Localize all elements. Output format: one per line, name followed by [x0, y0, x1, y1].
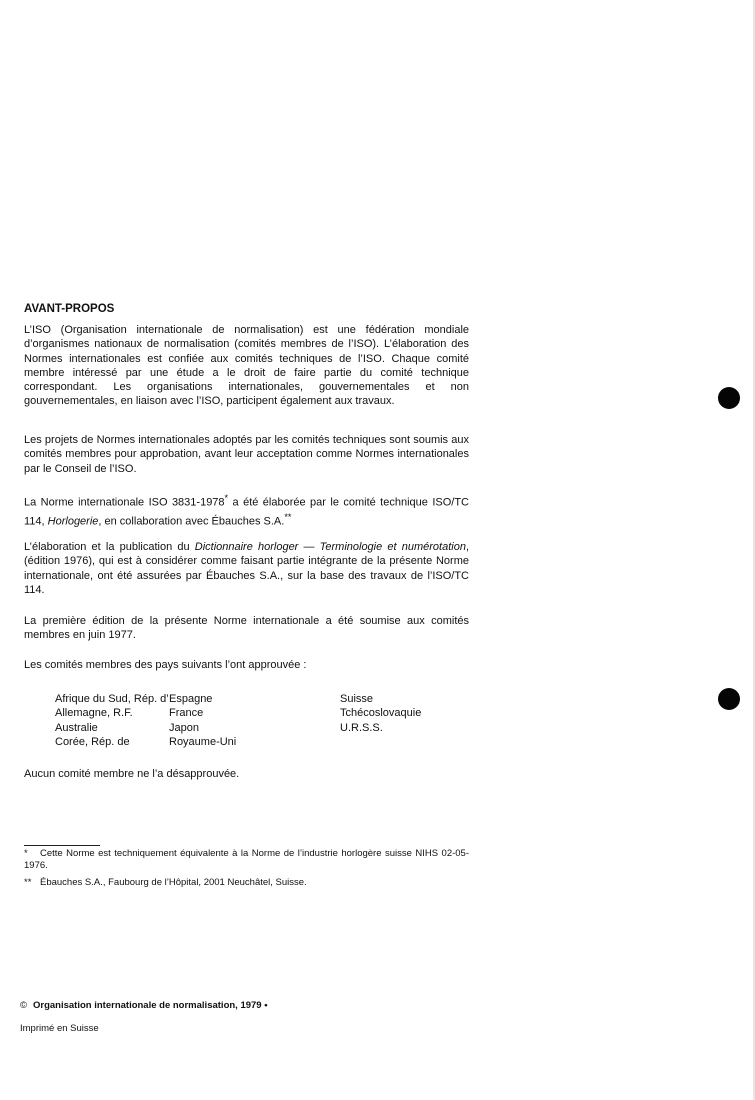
paragraph-2: Les projets de Normes internationales ad… — [24, 433, 469, 476]
footnote-mark: ** — [24, 877, 40, 889]
footnote-2: **Ébauches S.A., Faubourg de l’Hôpital, … — [24, 877, 469, 889]
country: Corée, Rép. de — [55, 735, 169, 749]
p3-text-a: La Norme internationale ISO 3831-1978 — [24, 497, 225, 509]
paragraph-3: La Norme internationale ISO 3831-1978* a… — [24, 491, 469, 529]
country: Royaume-Uni — [169, 735, 340, 749]
copyright-notice: ©Organisation internationale de normalis… — [20, 1000, 268, 1011]
country: Japon — [169, 721, 340, 735]
p4-text-a: L’élaboration et la publication du — [24, 541, 195, 553]
country: Espagne — [169, 692, 340, 706]
country-column-2: Espagne France Japon Royaume-Uni — [169, 692, 340, 749]
p4-italic: Dictionnaire horloger — Terminologie et … — [195, 541, 466, 553]
paragraph-2-text: Les projets de Normes internationales ad… — [24, 433, 469, 476]
printed-in: Imprimé en Suisse — [20, 1023, 99, 1034]
country: U.R.S.S. — [340, 721, 490, 735]
paragraph-5-text: La première édition de la présente Norme… — [24, 614, 469, 643]
footnote-1: *Cette Norme est techniquement équivalen… — [24, 848, 469, 872]
paragraph-7-text: Aucun comité membre ne l’a désapprouvée. — [24, 767, 469, 781]
punch-hole-top — [718, 387, 740, 409]
footnote-text: Ébauches S.A., Faubourg de l’Hôpital, 20… — [40, 877, 307, 888]
footnote-divider — [24, 845, 100, 846]
country: Afrique du Sud, Rép. d’ — [55, 692, 169, 706]
country: France — [169, 706, 340, 720]
section-heading: AVANT-PROPOS — [24, 303, 114, 315]
country: Australie — [55, 721, 169, 735]
country: Tchécoslovaquie — [340, 706, 490, 720]
p3-text-c: , en collaboration avec Ébauches S.A. — [98, 516, 284, 528]
paragraph-1: L’ISO (Organisation internationale de no… — [24, 323, 469, 409]
country: Suisse — [340, 692, 490, 706]
paragraph-6-text: Les comités membres des pays suivants l’… — [24, 658, 469, 672]
copyright-icon: © — [20, 1000, 27, 1011]
paragraph-1-text: L’ISO (Organisation internationale de no… — [24, 323, 469, 409]
footnote-ref-2: ** — [284, 512, 291, 522]
footnote-mark: * — [24, 848, 40, 860]
country: Allemagne, R.F. — [55, 706, 169, 720]
p3-italic: Horlogerie — [48, 516, 99, 528]
paragraph-5: La première édition de la présente Norme… — [24, 614, 469, 643]
country-list: Afrique du Sud, Rép. d’ Allemagne, R.F. … — [55, 692, 490, 749]
paragraph-6: Les comités membres des pays suivants l’… — [24, 658, 469, 672]
footnote-text: Cette Norme est techniquement équivalent… — [24, 848, 469, 871]
country-column-1: Afrique du Sud, Rép. d’ Allemagne, R.F. … — [55, 692, 169, 749]
copyright-text: Organisation internationale de normalisa… — [33, 1000, 268, 1011]
punch-hole-bottom — [718, 688, 740, 710]
country-column-3: Suisse Tchécoslovaquie U.R.S.S. — [340, 692, 490, 749]
paragraph-7: Aucun comité membre ne l’a désapprouvée. — [24, 767, 469, 781]
paragraph-4: L’élaboration et la publication du Dicti… — [24, 540, 469, 597]
